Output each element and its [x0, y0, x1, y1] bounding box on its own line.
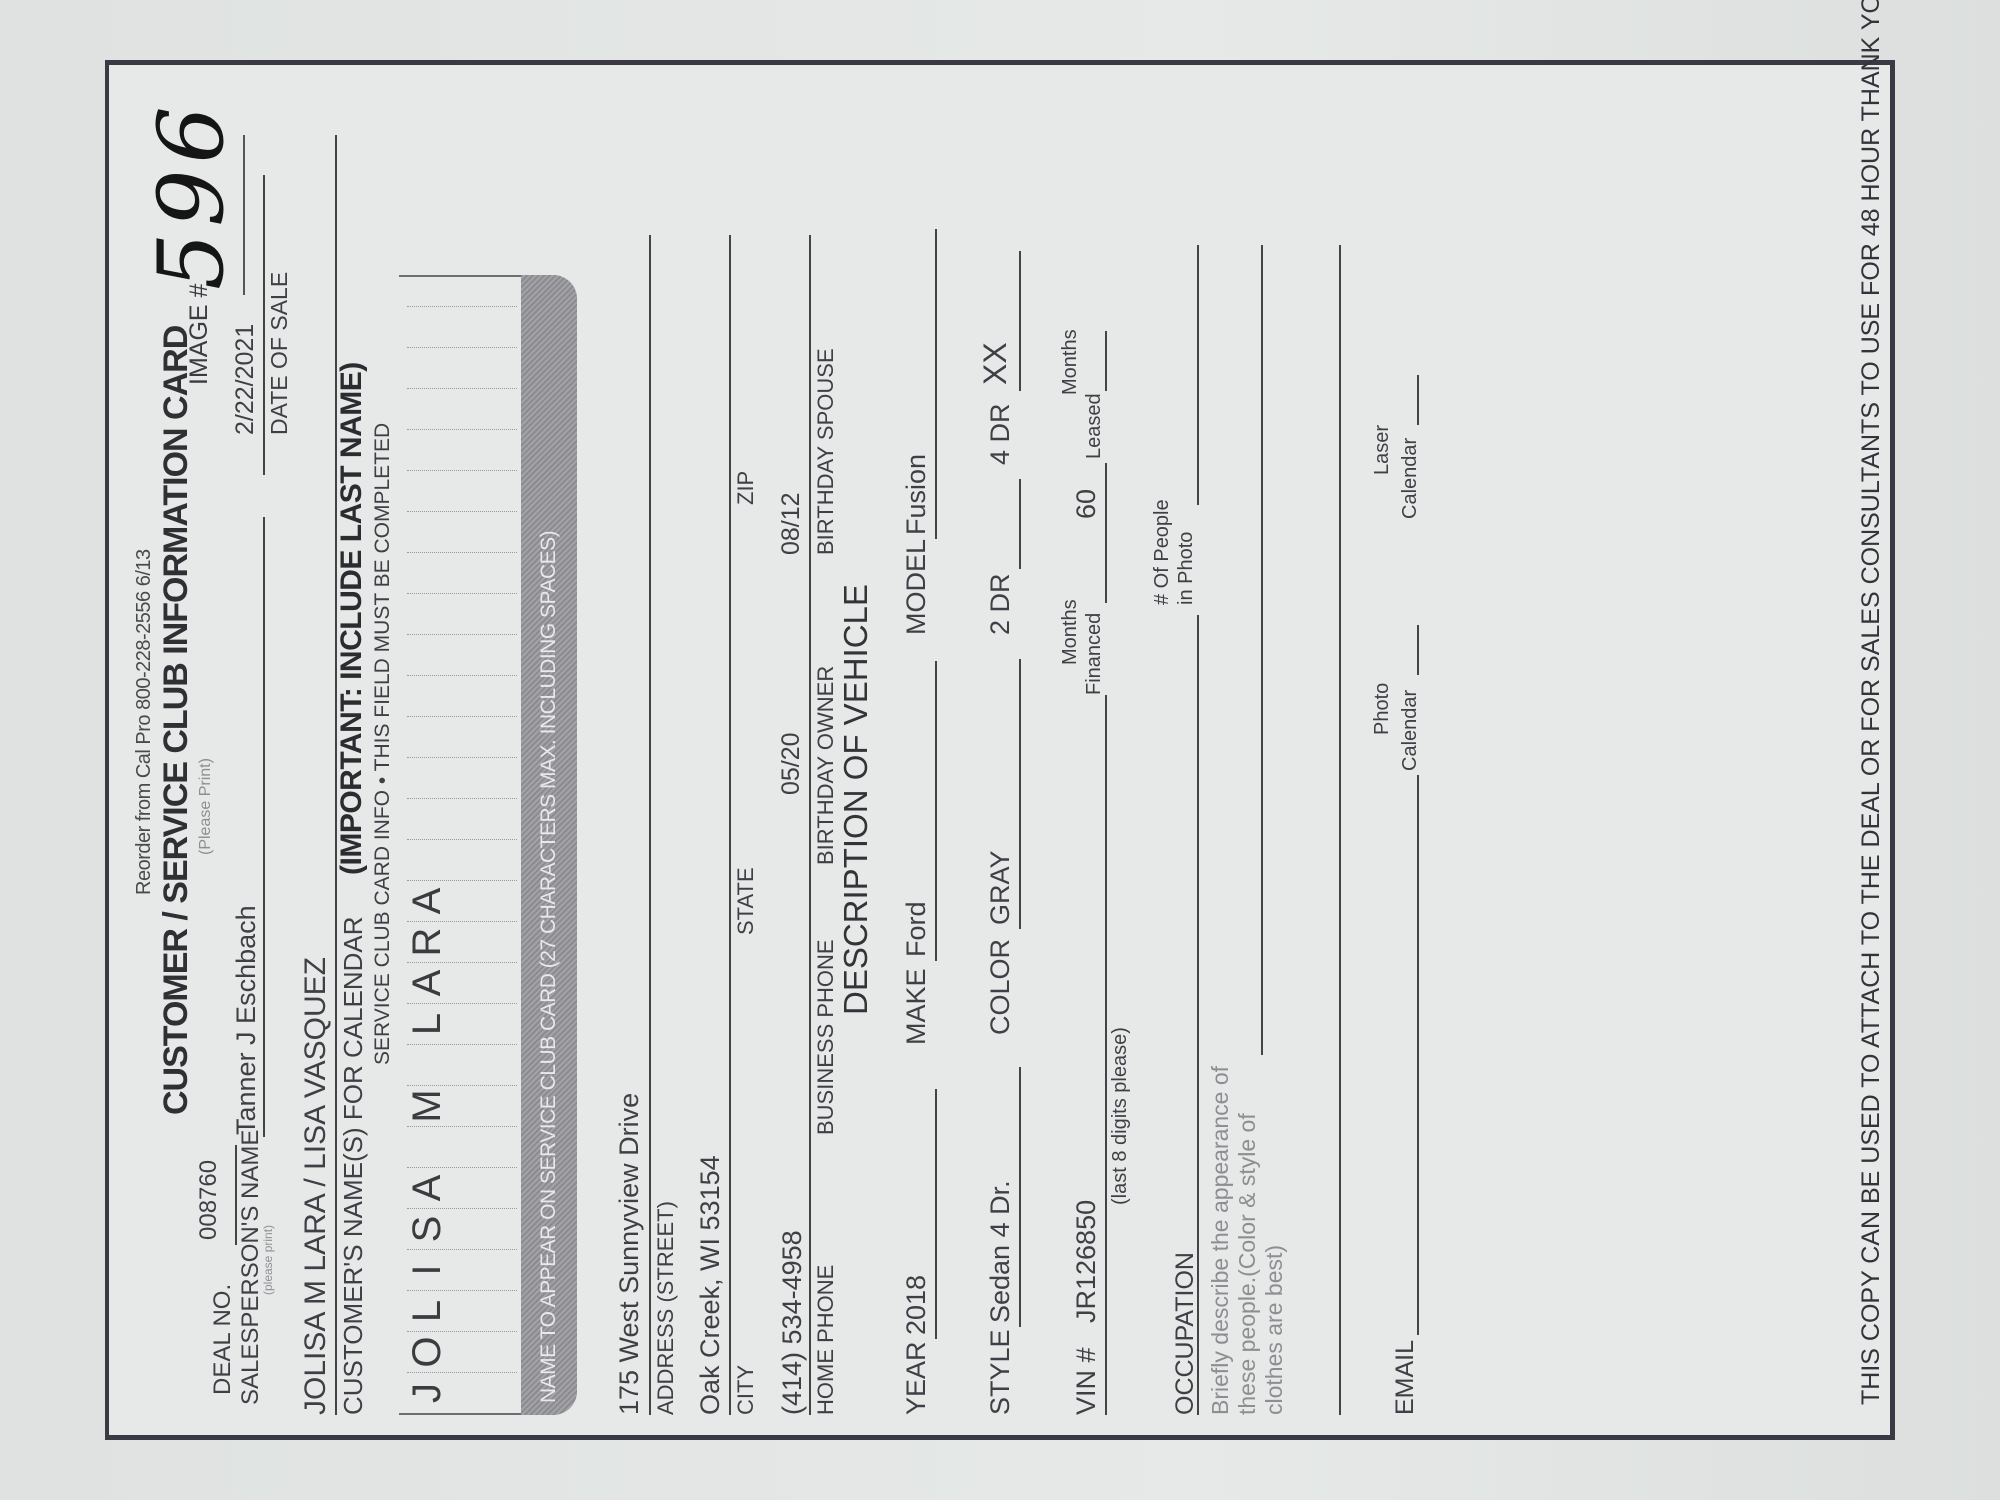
- card-name-char-cell: [407, 716, 517, 757]
- appearance-line-1: [1261, 245, 1263, 1055]
- card-name-char-cell: S: [407, 1208, 517, 1249]
- year-line: [935, 1089, 937, 1339]
- photo-calendar-label: Calendar: [1399, 690, 1422, 771]
- customer-names-label: CUSTOMER'S NAME(S) FOR CALENDAR: [338, 916, 369, 1415]
- address-line: [649, 235, 651, 1415]
- card-info-note: SERVICE CLUB CARD INFO • THIS FIELD MUST…: [371, 423, 395, 1065]
- months-financed-line: [1105, 533, 1107, 603]
- card-name-char-cell: [407, 1126, 517, 1167]
- style-label: STYLE: [985, 1329, 1016, 1415]
- card-name-char-cell: [407, 798, 517, 839]
- appearance-note: Briefly describe the appearance of these…: [1207, 1055, 1288, 1415]
- birthday-owner-value: 05/20: [777, 732, 806, 795]
- customer-names-important: (IMPORTANT: INCLUDE LAST NAME): [335, 362, 369, 875]
- birthday-spouse-value: 08/12: [777, 492, 806, 555]
- salesperson-line: [263, 517, 265, 1137]
- card-name-char-cell: [407, 757, 517, 798]
- card-name-char-cell: L: [407, 1290, 517, 1331]
- months-leased-label: Leased: [1083, 393, 1106, 459]
- state-label: STATE: [733, 867, 759, 935]
- salesperson-value: Tanner J Eschbach: [231, 905, 262, 1135]
- months-leased-label-top: Months: [1059, 329, 1082, 395]
- laser-calendar-label: Calendar: [1399, 438, 1422, 519]
- customer-names-value: JOLISA M LARA / LISA VASQUEZ: [299, 957, 333, 1415]
- city-line: [729, 235, 731, 1415]
- date-of-sale-label: DATE OF SALE: [266, 272, 293, 435]
- style-value: Sedan 4 Dr.: [985, 1180, 1016, 1323]
- color-line: [1019, 659, 1021, 929]
- birthday-spouse-label: BIRTHDAY SPOUSE: [813, 348, 839, 555]
- card-name-char-cell: M: [407, 1085, 517, 1126]
- footer-note: THIS COPY CAN BE USED TO ATTACH TO THE D…: [1857, 0, 1886, 1405]
- card-name-char-cell: J: [407, 1372, 517, 1413]
- email-line: [1417, 775, 1419, 1335]
- vehicle-heading: DESCRIPTION OF VEHICLE: [837, 584, 875, 1015]
- people-label-top: # Of People: [1151, 499, 1174, 605]
- occupation-line: [1197, 615, 1199, 1415]
- photo-calendar-label-top: Photo: [1371, 683, 1394, 735]
- card-name-char-cell: O: [407, 1331, 517, 1372]
- make-line: [935, 661, 937, 961]
- make-value: Ford: [901, 901, 932, 957]
- people-line: [1197, 245, 1199, 505]
- vin-value: JR126850: [1071, 1200, 1102, 1323]
- business-phone-label: BUSINESS PHONE: [813, 939, 839, 1135]
- months-leased-value: 60: [1071, 489, 1102, 519]
- months-financed-label-top: Months: [1059, 599, 1082, 665]
- card-band-instructions: NAME TO APPEAR ON SERVICE CLUB CARD (27 …: [521, 275, 577, 1415]
- four-door-line: [1019, 251, 1021, 391]
- vin-note: (last 8 digits please): [1109, 1027, 1132, 1205]
- image-number-line: [243, 135, 245, 295]
- four-door-label: 4 DR: [985, 403, 1016, 465]
- card-name-char-cell: [407, 675, 517, 716]
- months-financed-label: Financed: [1083, 613, 1106, 695]
- card-name-char-cell: [407, 388, 517, 429]
- card-name-char-cell: A: [407, 1167, 517, 1208]
- model-line: [935, 229, 937, 539]
- laser-calendar-label-top: Laser: [1371, 425, 1394, 475]
- home-phone-label: HOME PHONE: [813, 1265, 839, 1415]
- deal-no-value: 008760: [195, 1160, 223, 1240]
- two-door-label: 2 DR: [985, 573, 1016, 635]
- occupation-label: OCCUPATION: [1171, 1252, 1200, 1415]
- color-label: COLOR: [985, 939, 1016, 1035]
- city-label: CITY: [733, 1365, 759, 1415]
- model-value: Fusion: [901, 454, 932, 535]
- service-card-name-box: JOLISA M LARA NAME TO APPEAR ON SERVICE …: [399, 275, 577, 1415]
- birthday-owner-label: BIRTHDAY OWNER: [813, 666, 839, 865]
- card-name-char-cell: [407, 429, 517, 470]
- card-name-char-cell: [407, 634, 517, 675]
- form-title: CUSTOMER / SERVICE CLUB INFORMATION CARD: [157, 326, 196, 1115]
- appearance-line-2: [1339, 245, 1341, 1415]
- salesperson-note: (please print): [261, 1225, 275, 1295]
- card-name-char-cell: I: [407, 1249, 517, 1290]
- laser-calendar-line: [1417, 375, 1419, 425]
- image-number-handwritten: 596: [139, 100, 244, 290]
- city-value: Oak Creek, WI 53154: [695, 1155, 726, 1415]
- date-of-sale-line: [263, 175, 265, 475]
- card-name-char-cell: A: [407, 962, 517, 1003]
- card-name-char-cell: L: [407, 1003, 517, 1044]
- people-label: in Photo: [1175, 532, 1198, 605]
- zip-label: ZIP: [733, 471, 759, 505]
- card-name-char-cell: [407, 552, 517, 593]
- card-name-char-cell: [407, 839, 517, 880]
- photo-calendar-line: [1417, 625, 1419, 675]
- year-value: 2018: [901, 1275, 932, 1335]
- make-label: MAKE: [901, 968, 932, 1045]
- deal-no-label: DEAL NO.: [209, 1284, 237, 1395]
- phone-line: [809, 235, 811, 1415]
- color-value: GRAY: [985, 850, 1016, 925]
- card-name-char-cell: [407, 1044, 517, 1085]
- months-leased-line: [1105, 331, 1107, 391]
- vin-label: VIN #: [1071, 1347, 1102, 1415]
- model-label: MODEL: [901, 539, 932, 635]
- months-leased-line-left: [1105, 463, 1107, 533]
- card-name-char-cell: [407, 511, 517, 552]
- please-print-note: (Please Print): [197, 758, 215, 855]
- address-value: 175 West Sunnyview Drive: [614, 1093, 645, 1415]
- home-phone-value: (414) 534-4958: [777, 1230, 808, 1415]
- image-number-label: IMAGE #: [185, 284, 214, 385]
- style-line: [1019, 1067, 1021, 1327]
- card-name-char-cell: [407, 470, 517, 511]
- address-label: ADDRESS (STREET): [653, 1201, 679, 1415]
- card-name-cells: JOLISA M LARA: [407, 287, 517, 1413]
- two-door-line: [1019, 479, 1021, 569]
- reorder-info: Reorder from Cal Pro 800-228-2556 6/13: [133, 549, 156, 895]
- card-name-char-cell: A: [407, 880, 517, 921]
- card-name-char-cell: [407, 306, 517, 347]
- vin-line: [1105, 695, 1107, 1415]
- date-of-sale-value: 2/22/2021: [231, 324, 260, 435]
- card-name-char-cell: [407, 347, 517, 388]
- card-name-char-cell: [407, 593, 517, 634]
- email-label: EMAIL: [1391, 1340, 1420, 1415]
- customer-service-club-card: Reorder from Cal Pro 800-228-2556 6/13 C…: [105, 60, 1895, 1440]
- year-label: YEAR: [901, 1341, 932, 1415]
- card-name-char-cell: R: [407, 921, 517, 962]
- four-door-value: XX: [977, 342, 1014, 385]
